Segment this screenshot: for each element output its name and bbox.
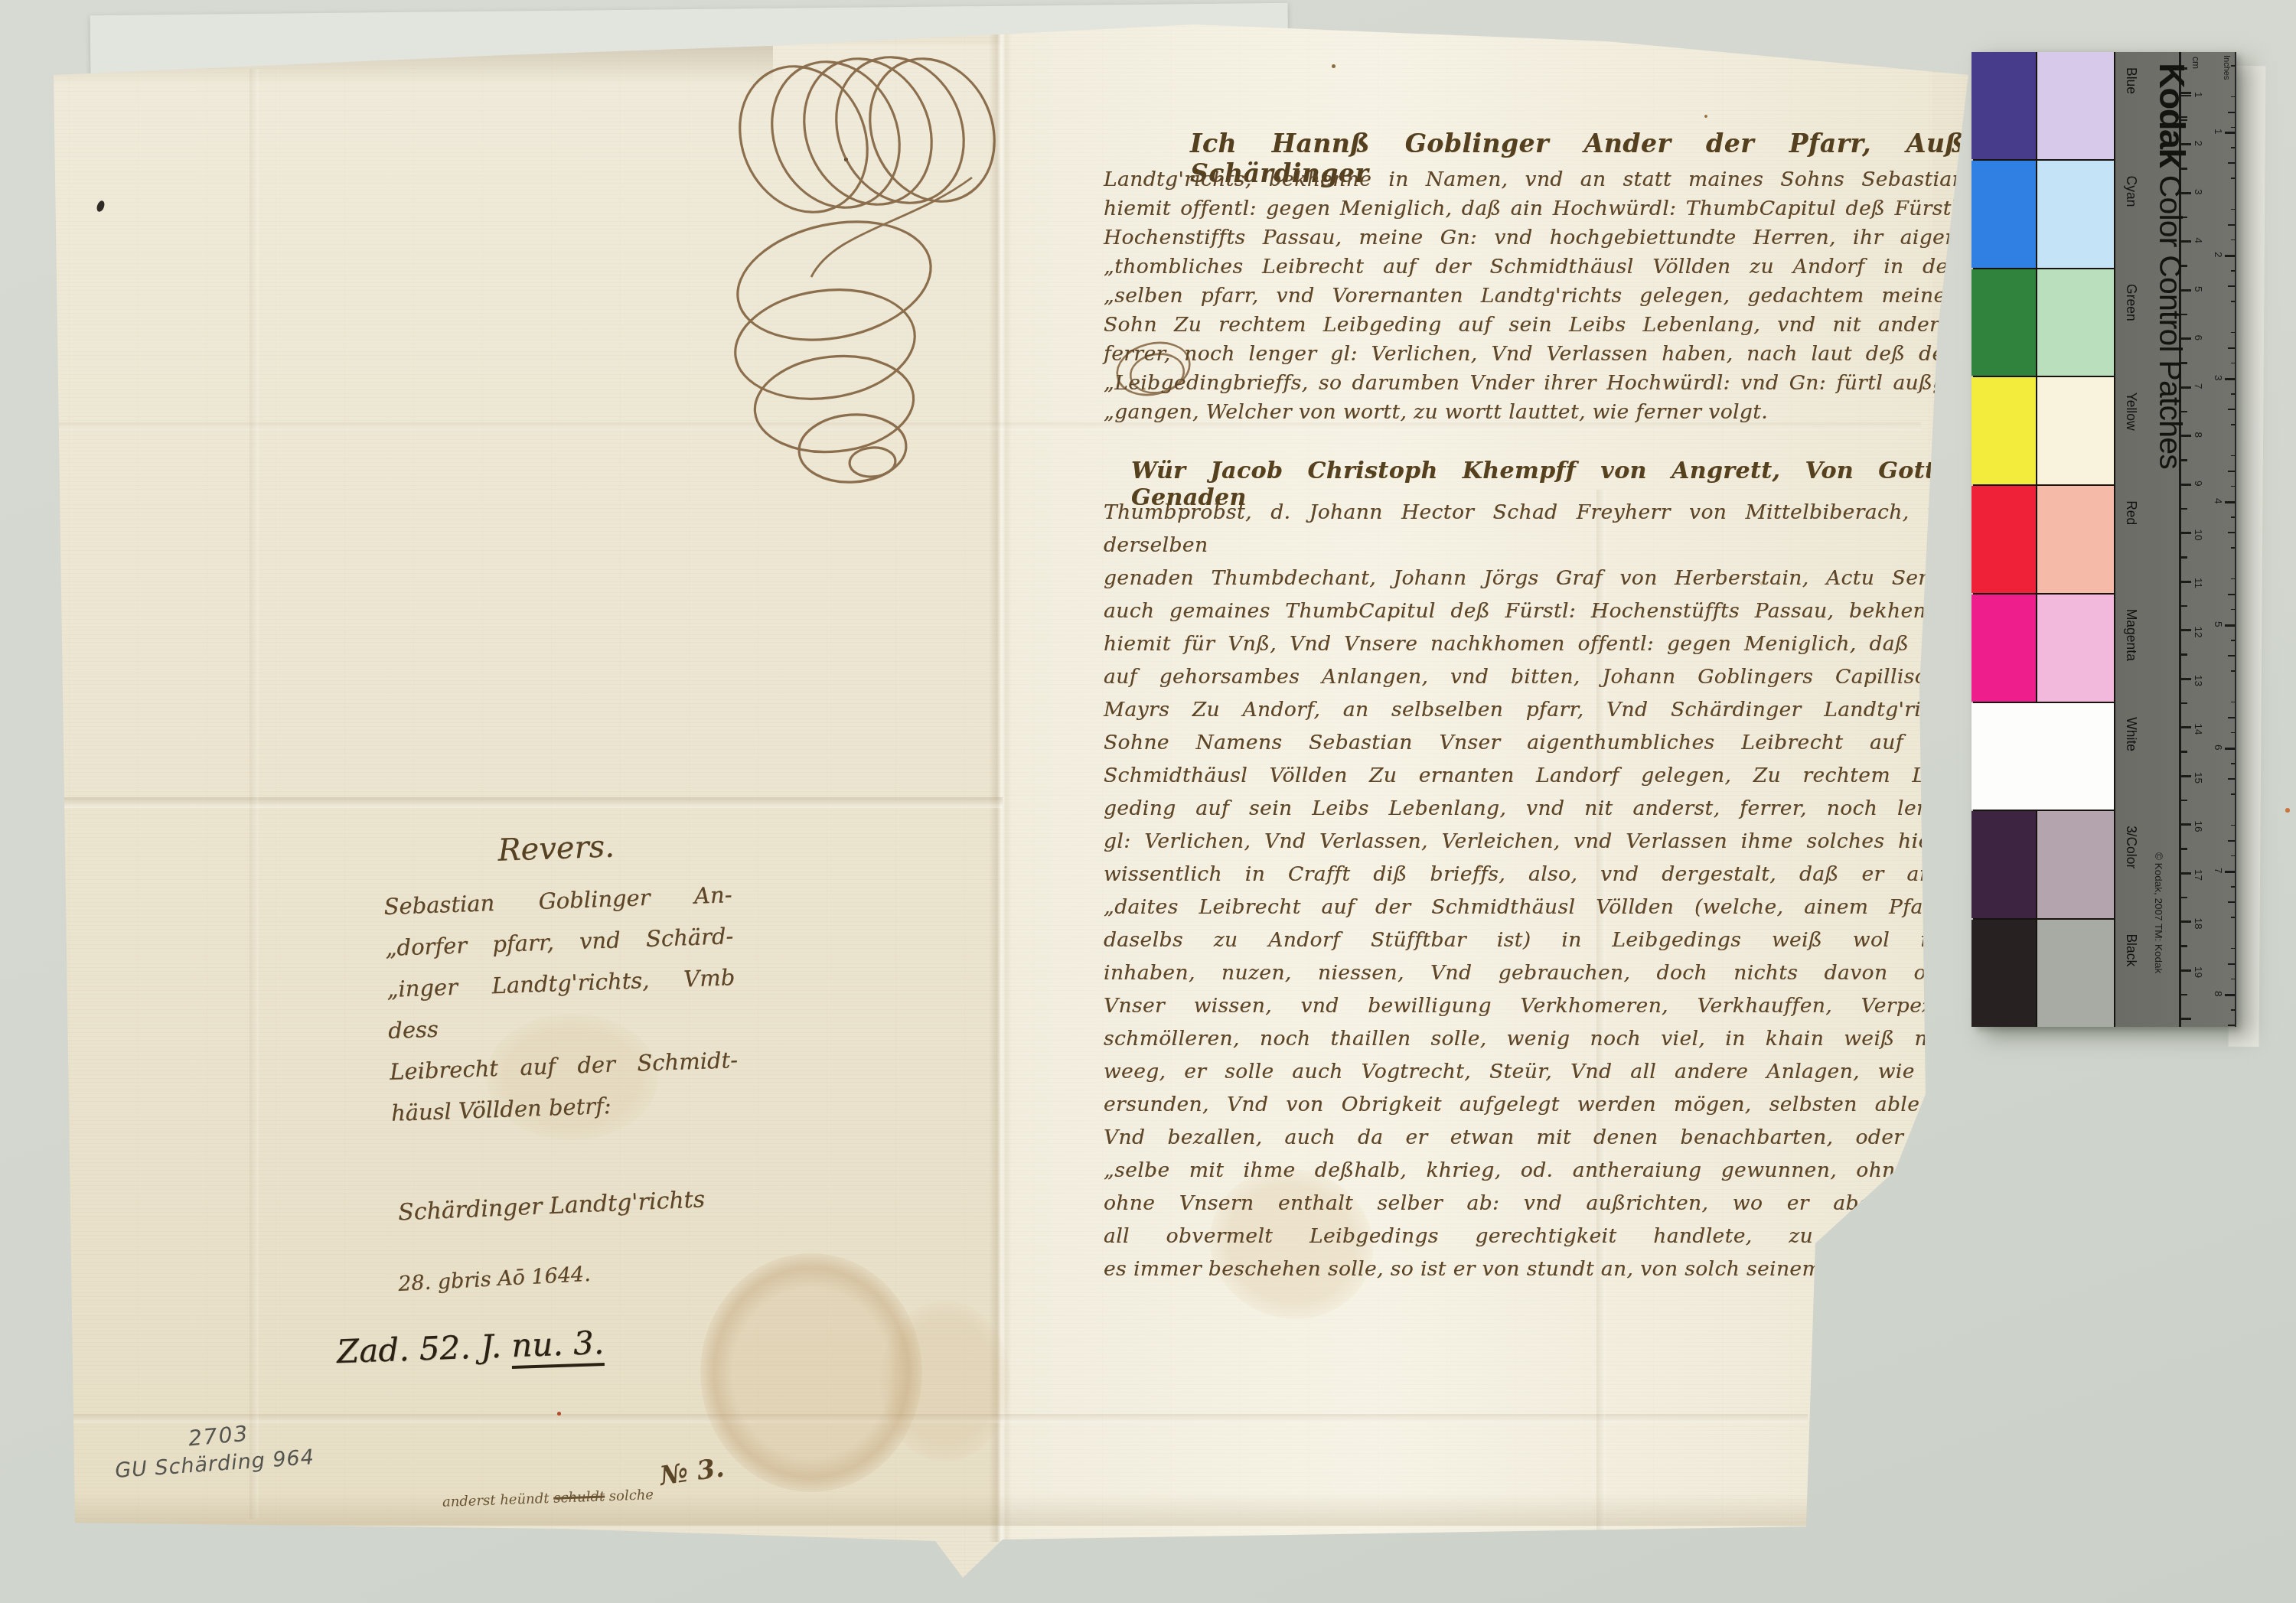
cm-number: 14 [2193,724,2204,735]
inch-number: 7 [2213,868,2224,874]
manuscript-line: ohne Vnsern enthalt selber ab: vnd außri… [1104,1187,1965,1220]
manuscript-line: Sohn Zu rechtem Leibgeding auf sein Leib… [1104,311,1965,340]
manuscript-line: Landtg'richts, bekhenne in Namen, vnd an… [1104,165,1965,194]
inch-number: 5 [2213,621,2224,627]
color-patch-saturated [1971,269,2036,376]
color-patch-pastel [2037,52,2114,159]
pencil-note-number: 2703 [188,1421,250,1451]
manuscript-line: schmölleren, noch thaillen solle, wenig … [1104,1022,1965,1055]
color-patch-saturated [1971,52,2036,159]
docket-text: Sebastian Goblinger An-„dorfer pfarr, vn… [383,874,740,1134]
manuscript-line: ferrer, noch lenger gl: Verlichen, Vnd V… [1104,340,1965,369]
cm-number: 3 [2193,189,2204,195]
color-patch-pastel [2037,161,2114,268]
ink-note-part-2: solche [605,1487,654,1504]
cm-number: 6 [2193,335,2204,341]
manuscript-line: auch gemaines ThumbCapitul deß Fürstl: H… [1104,595,1965,627]
manuscript-line: hiemit für Vnß, Vnd Vnsere nachkhomen of… [1104,627,1965,660]
manuscript-line: wissentlich in Crafft diß brieffs, also,… [1104,858,1965,891]
manuscript-line: geding auf sein Leibs Lebenlang, vnd nit… [1104,792,1965,825]
manuscript-line: inhaben, nuzen, niessen, Vnd gebrauchen,… [1104,956,1965,989]
water-stain [880,1301,1010,1461]
color-patch-pastel [2037,486,2114,593]
shelfmark-part-1: Zad. 52. J. [336,1328,501,1370]
color-patch-pastel [2037,920,2114,1027]
color-patch-saturated [1971,595,2036,702]
manuscript-line: Mayrs Zu Andorf, an selbselben pfarr, Vn… [1104,693,1965,726]
manuscript-line: „inger Landtg'richts, Vmb dess [386,956,736,1051]
manuscript-sheet: Ich Hannß Goblinger Ander der Pfarr, Auß… [0,0,2296,1603]
manuscript-line: auf gehorsambes Anlangen, vnd bitten, Jo… [1104,660,1965,693]
kodak-strip-face: cm Inches 12345678910111213141516171819 … [1973,52,2236,1027]
kodak-color-control-strip: cm Inches 12345678910111213141516171819 … [1973,52,2236,1027]
cm-number: 18 [2193,918,2204,930]
manuscript-line: „daites Leibrecht auf der Schmidthäusl V… [1104,891,1965,924]
manuscript-line: hiemit offentl: gegen Meniglich, daß ain… [1104,194,1965,223]
manuscript-line: Vnd bezallen, auch da er etwan mit denen… [1104,1121,1965,1154]
horizontal-crease [54,797,1003,808]
manuscript-line: es immer beschehen solle, so ist er von … [1104,1253,1965,1285]
color-patch-pastel [2037,377,2114,484]
calligraphic-flourish-icon [719,47,1041,514]
color-patch-saturated [1971,377,2036,484]
patch-label: White [2118,702,2139,810]
cm-number: 7 [2193,383,2204,389]
patch-label: 3/Color [2118,810,2139,919]
inch-major-ticks [2225,52,2235,1027]
manuscript-line: „selben pfarr, vnd Vorernanten Landtg'ri… [1104,282,1965,311]
main-text-paragraph-1: Landtg'richts, bekhenne in Namen, vnd an… [1104,165,1965,427]
manuscript-line: gl: Verlichen, Vnd Verlassen, Verleichen… [1104,825,1965,858]
inch-number: 8 [2213,991,2224,997]
inch-number: 4 [2213,498,2224,504]
manuscript-line: weeg, er solle auch Vogtrecht, Steür, Vn… [1104,1055,1965,1088]
main-text-paragraph-2: Thumbprobst, d. Johann Hector Schad Frey… [1104,496,1965,1285]
cm-number: 5 [2193,286,2204,292]
inch-number: 6 [2213,744,2224,751]
patch-label-band: BlueCyanGreenYellowRedMagentaWhite3/Colo… [2118,52,2155,1027]
manuscript-line: all obvermelt Leibgedings gerechtigkeit … [1104,1220,1965,1253]
color-patch-saturated [1971,161,2036,268]
docket-block: Revers. Sebastian Goblinger An-„dorfer p… [381,822,739,1134]
color-patch-white [1971,703,2114,810]
patch-label: Magenta [2118,594,2139,702]
color-patch-pastel [2037,269,2114,376]
manuscript-line: Schmidthäusl Völlden Zu ernanten Landorf… [1104,759,1965,792]
manuscript-line: „selbe mit ihme deßhalb, khrieg, od. ant… [1104,1154,1965,1187]
inch-number: 2 [2213,252,2224,258]
manuscript-line: „gangen, Welcher von wortt, zu wortt lau… [1104,398,1965,427]
kodak-brand: Kodak [2152,63,2193,167]
manuscript-line: „thombliches Leibrecht auf der Schmidthä… [1104,253,1965,282]
cm-number: 8 [2193,432,2204,438]
manuscript-line: Thumbprobst, d. Johann Hector Schad Frey… [1104,496,1965,562]
kodak-title: Kodak Color Control Patches [2151,63,2193,469]
patch-label: Yellow [2118,377,2139,486]
foxing-spot [1704,115,1707,118]
shelfmark-part-2: nu. 3. [510,1324,605,1369]
patch-label: Blue [2118,52,2139,161]
cm-number: 1 [2193,92,2204,98]
kodak-title-rest: Color Control Patches [2153,167,2188,469]
foxing-spot [1332,64,1336,68]
cm-number: 13 [2193,675,2204,686]
color-patch-saturated [1971,811,2036,918]
bottom-edge-shadow [54,1494,1808,1526]
patch-label: Black [2118,918,2139,1027]
cm-number: 9 [2193,481,2204,487]
cm-number: 11 [2193,578,2204,588]
color-patch-saturated [1971,486,2036,593]
manuscript-line: Hochenstiffts Passau, meine Gn: vnd hoch… [1104,223,1965,253]
inch-number: 1 [2213,129,2224,135]
color-patch-pastel [2037,811,2114,918]
ink-note-struck-word: schuldt [553,1488,605,1506]
red-speck [557,1412,561,1416]
patch-label: Cyan [2118,161,2139,269]
cm-number: 19 [2193,966,2204,978]
color-patch-saturated [1971,920,2036,1027]
manuscript-line: Vnser wissen, vnd bewilligung Verkhomere… [1104,989,1965,1022]
patch-label: Green [2118,269,2139,377]
patch-label: Red [2118,485,2139,594]
color-patch-pastel [2037,595,2114,702]
inches-scale-label: Inches [2222,55,2231,80]
cm-number: 12 [2193,627,2204,638]
cm-number: 10 [2193,529,2204,541]
cm-number: 17 [2193,869,2204,881]
cm-number: 2 [2193,141,2204,147]
manuscript-line: ersunden, Vnd von Obrigkeit aufgelegt we… [1104,1088,1965,1121]
cm-number: 15 [2193,772,2204,784]
manuscript-line: genaden Thumbdechant, Johann Jörgs Graf … [1104,562,1965,595]
manuscript-line: Sohne Namens Sebastian Vnser aigenthumbl… [1104,726,1965,759]
manuscript-line: daselbs zu Andorf Stüfftbar ist) in Leib… [1104,924,1965,956]
cm-number: 16 [2193,821,2204,832]
manuscript-line: „Leibgedingbrieffs, so darumben Vnder ih… [1104,369,1965,398]
patch-grid [1973,52,2115,1027]
vertical-crease [249,69,259,1519]
inch-number: 3 [2213,375,2224,381]
background-speck [2285,808,2290,813]
cm-number: 4 [2193,238,2204,244]
